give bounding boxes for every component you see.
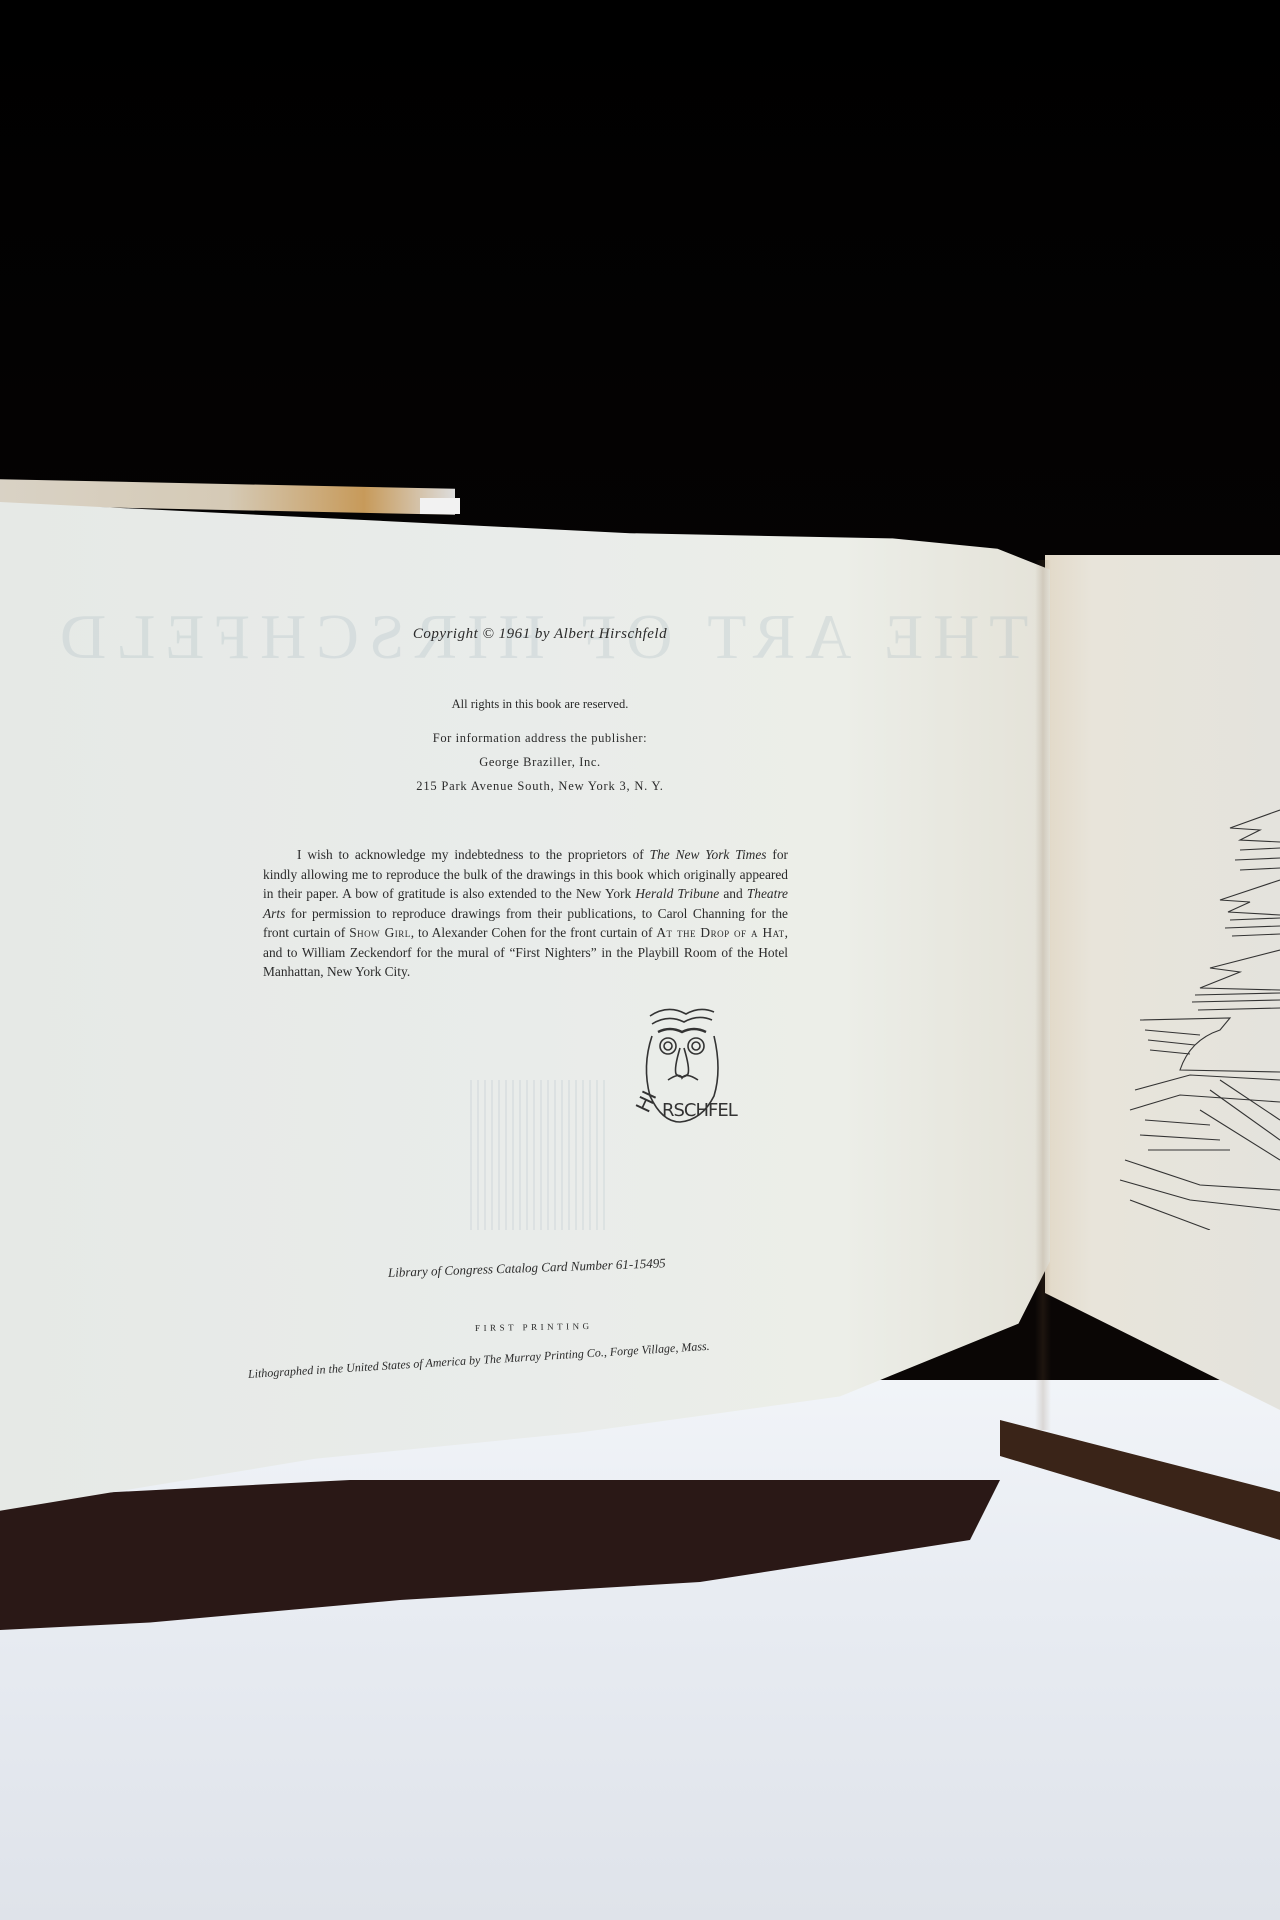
printing-label: FIRST PRINTING <box>475 1321 593 1333</box>
publisher-info-label: For information address the publisher: <box>0 731 1080 746</box>
ack-text: and <box>719 886 747 901</box>
ack-show-girl: Show Girl <box>349 925 411 940</box>
hirschfeld-self-portrait-icon: HI RSCHFELD <box>628 996 738 1126</box>
svg-text:RSCHFELD: RSCHFELD <box>662 1100 738 1121</box>
ack-text: , to Alexander Cohen for the front curta… <box>411 925 657 940</box>
ack-text: I wish to acknowledge my indebtedness to… <box>297 847 650 862</box>
rights-reserved: All rights in this book are reserved. <box>0 697 1080 712</box>
ack-drop-of-a-hat: At the Drop of a Hat <box>656 925 784 940</box>
stacked-papers-illustration-icon <box>1100 790 1280 1230</box>
publisher-name: George Braziller, Inc. <box>0 755 1080 770</box>
copyright-line: Copyright © 1961 by Albert Hirschfeld <box>0 626 1080 643</box>
publisher-address: 215 Park Avenue South, New York 3, N. Y. <box>0 779 1080 794</box>
svg-text:HI: HI <box>631 1087 662 1116</box>
jacket-tab <box>420 498 460 514</box>
acknowledgment-paragraph: I wish to acknowledge my indebtedness to… <box>263 845 788 982</box>
ack-nyt: The New York Times <box>650 847 767 862</box>
book-gutter <box>1035 560 1051 1430</box>
show-through-drawing <box>470 1080 610 1230</box>
ack-herald-tribune: Herald Tribune <box>635 886 719 901</box>
